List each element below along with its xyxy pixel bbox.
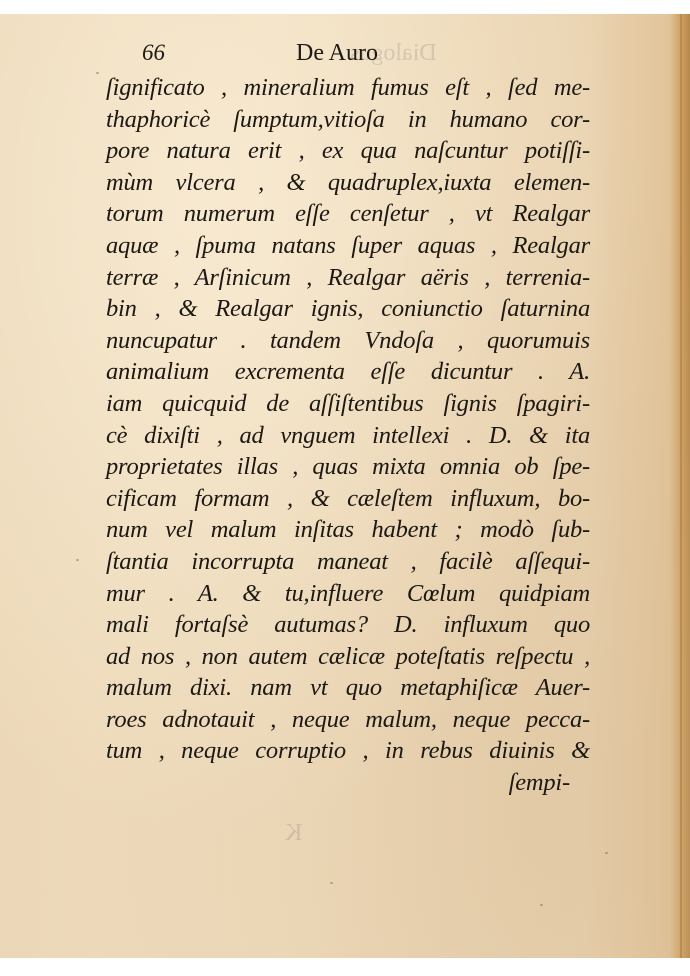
text-line: aquæ , ſpuma natans ſuper aquas , Realga… [106, 230, 590, 262]
book-page: Dialogus K 66 De Auro ſignificato , mine… [0, 14, 690, 958]
text-line: iam quicquid de aſſiſtentibus ſignis ſpa… [106, 388, 590, 420]
text-line: bin , & Realgar ignis, coniunctio ſaturn… [106, 293, 590, 325]
text-line: roes adnotauit , neque malum, neque pecc… [106, 704, 590, 736]
text-line: tum , neque corruptio , in rebus diuinis… [106, 735, 590, 767]
text-line: nuncupatur . tandem Vndoſa , quorumuis [106, 325, 590, 357]
text-line: terræ , Arſinicum , Realgar aëris , terr… [106, 262, 590, 294]
text-line: animalium excrementa eſſe dicuntur . A. [106, 356, 590, 388]
text-line: thaphoricè ſumptum,vitioſa in humano cor… [106, 104, 590, 136]
text-line: proprietates illas , quas mixta omnia ob… [106, 451, 590, 483]
paper-speck [96, 72, 99, 74]
paper-speck [540, 904, 543, 906]
text-line: mùm vlcera , & quadruplex,iuxta elemen- [106, 167, 590, 199]
paper-speck [605, 852, 608, 854]
text-line: ſtantia incorrupta maneat , facilè aſſeq… [106, 546, 590, 578]
text-line: num vel malum inſitas habent ; modò ſub- [106, 514, 590, 546]
show-through-signature: K [285, 820, 302, 847]
text-line: mur . A. & tu,influere Cœlum quidpiam [106, 578, 590, 610]
running-head: De Auro [296, 40, 378, 67]
text-line: cè dixiſti , ad vnguem intellexi . D. & … [106, 420, 590, 452]
body-text: ſignificato , mineralium fumus eſt , ſed… [106, 72, 590, 799]
catchword: ſempi- [106, 767, 590, 799]
text-line: pore natura erit , ex qua naſcuntur poti… [106, 135, 590, 167]
page-header: 66 De Auro [142, 40, 582, 72]
text-line: torum numerum eſſe cenſetur , vt Realgar [106, 198, 590, 230]
text-line: ſignificato , mineralium fumus eſt , ſed… [106, 72, 590, 104]
paper-speck [330, 882, 333, 884]
text-line: malum dixi. nam vt quo metaphiſicæ Auer- [106, 672, 590, 704]
text-line: cificam formam , & cæleſtem influxum, bo… [106, 483, 590, 515]
page-number: 66 [142, 40, 165, 66]
paper-speck [76, 559, 79, 561]
text-line: mali fortaſsè autumas? D. influxum quo [106, 609, 590, 641]
text-line: ad nos , non autem cælicæ poteſtatis reſ… [106, 641, 590, 673]
